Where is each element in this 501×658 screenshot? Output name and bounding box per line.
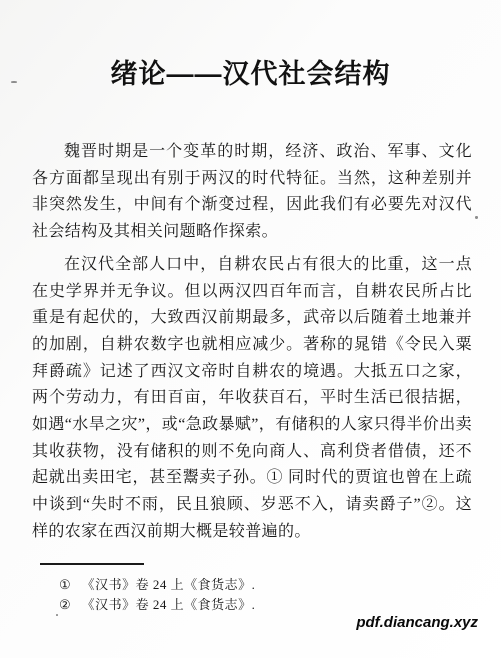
footnote-item: ① 《汉书》卷 24 上《食货志》. [59, 575, 255, 595]
scan-artifact-speck [229, 198, 232, 201]
page-title: 绪论——汉代社会结构 [0, 52, 501, 91]
paragraph-1: 魏晋时期是一个变革的时期，经济、政治、军事、文化各方面都呈现出有别于两汉的时代特… [32, 139, 472, 246]
watermark-text: pdf.diancang.xyz [356, 614, 478, 631]
book-page-scan: 绪论——汉代社会结构 魏晋时期是一个变革的时期，经济、政治、军事、文化各方面都呈… [0, 0, 501, 658]
body-text: 魏晋时期是一个变革的时期，经济、政治、军事、文化各方面都呈现出有别于两汉的时代特… [32, 139, 472, 546]
footnote-marker: ② [59, 595, 71, 615]
footnote-item: ② 《汉书》卷 24 上《食货志》. [59, 595, 255, 615]
footnote-text: 《汉书》卷 24 上《食货志》. [82, 595, 256, 615]
footnote-marker: ① [59, 575, 71, 595]
footnote-text: 《汉书》卷 24 上《食货志》. [82, 575, 256, 595]
scan-artifact-speck [475, 216, 478, 219]
footnote-separator-rule [40, 563, 144, 565]
footnotes: ① 《汉书》卷 24 上《食货志》. ② 《汉书》卷 24 上《食货志》. [59, 575, 255, 615]
paragraph-2: 在汉代全部人口中，自耕农民占有很大的比重，这一点在史学界并无争议。但以两汉四百年… [32, 252, 472, 546]
scan-artifact-speck [56, 614, 58, 616]
scan-artifact-speck [11, 81, 17, 83]
